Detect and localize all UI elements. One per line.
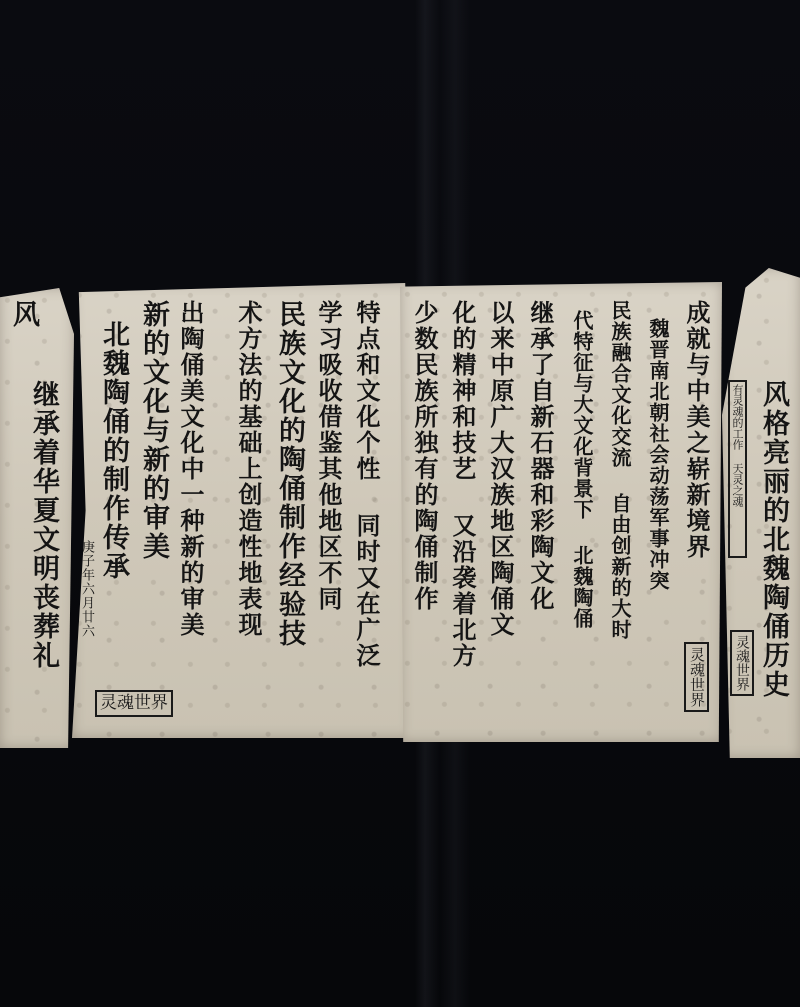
seal-stamp: 灵魂世界: [95, 690, 173, 717]
calligraphy-column: 北魏陶俑的制作传承: [100, 320, 127, 581]
calligraphy-column: 特点和文化个性 同时又在广泛: [354, 300, 378, 669]
calligraphy-column: 化的精神和技艺 又沿袭着北方: [450, 300, 474, 669]
calligraphy-column: 术方法的基础上创造性地表现: [236, 300, 260, 638]
seal-stamp-large: 有灵魂的工作 天灵之魂: [728, 380, 747, 558]
calligraphy-column: 继承了自新石器和彩陶文化: [528, 300, 552, 612]
calligraphy-column: 少数民族所独有的陶俑制作: [412, 300, 436, 612]
calligraphy-column: 出陶俑美文化中一种新的审美: [178, 300, 202, 638]
calligraphy-column: 民族文化的陶俑制作经验技: [276, 300, 303, 648]
calligraphy-column: 风格亮丽的北魏陶俑历史: [760, 380, 787, 699]
calligraphy-column: 魏晋南北朝社会动荡军事冲突: [648, 318, 668, 591]
calligraphy-column: 新的文化与新的审美: [140, 300, 167, 561]
calligraphy-column: 以来中原广大汉族地区陶俑文: [488, 300, 512, 638]
seal-stamp: 灵魂世界: [730, 630, 754, 696]
calligraphy-column: 民族融合文化交流 自由创新的大时: [610, 300, 630, 640]
seal-stamp: 灵魂世界: [684, 642, 709, 712]
calligraphy-column: 代特征与大文化背景下 北魏陶俑: [572, 310, 592, 629]
calligraphy-column: 风: [10, 300, 37, 329]
date-inscription: 庚子年六月廿六: [80, 540, 93, 638]
calligraphy-column: 成就与中美之崭新境界: [684, 300, 708, 560]
calligraphy-column: 继承着华夏文明丧葬礼: [30, 380, 57, 670]
calligraphy-column: 学习吸收借鉴其他地区不同: [316, 300, 340, 612]
